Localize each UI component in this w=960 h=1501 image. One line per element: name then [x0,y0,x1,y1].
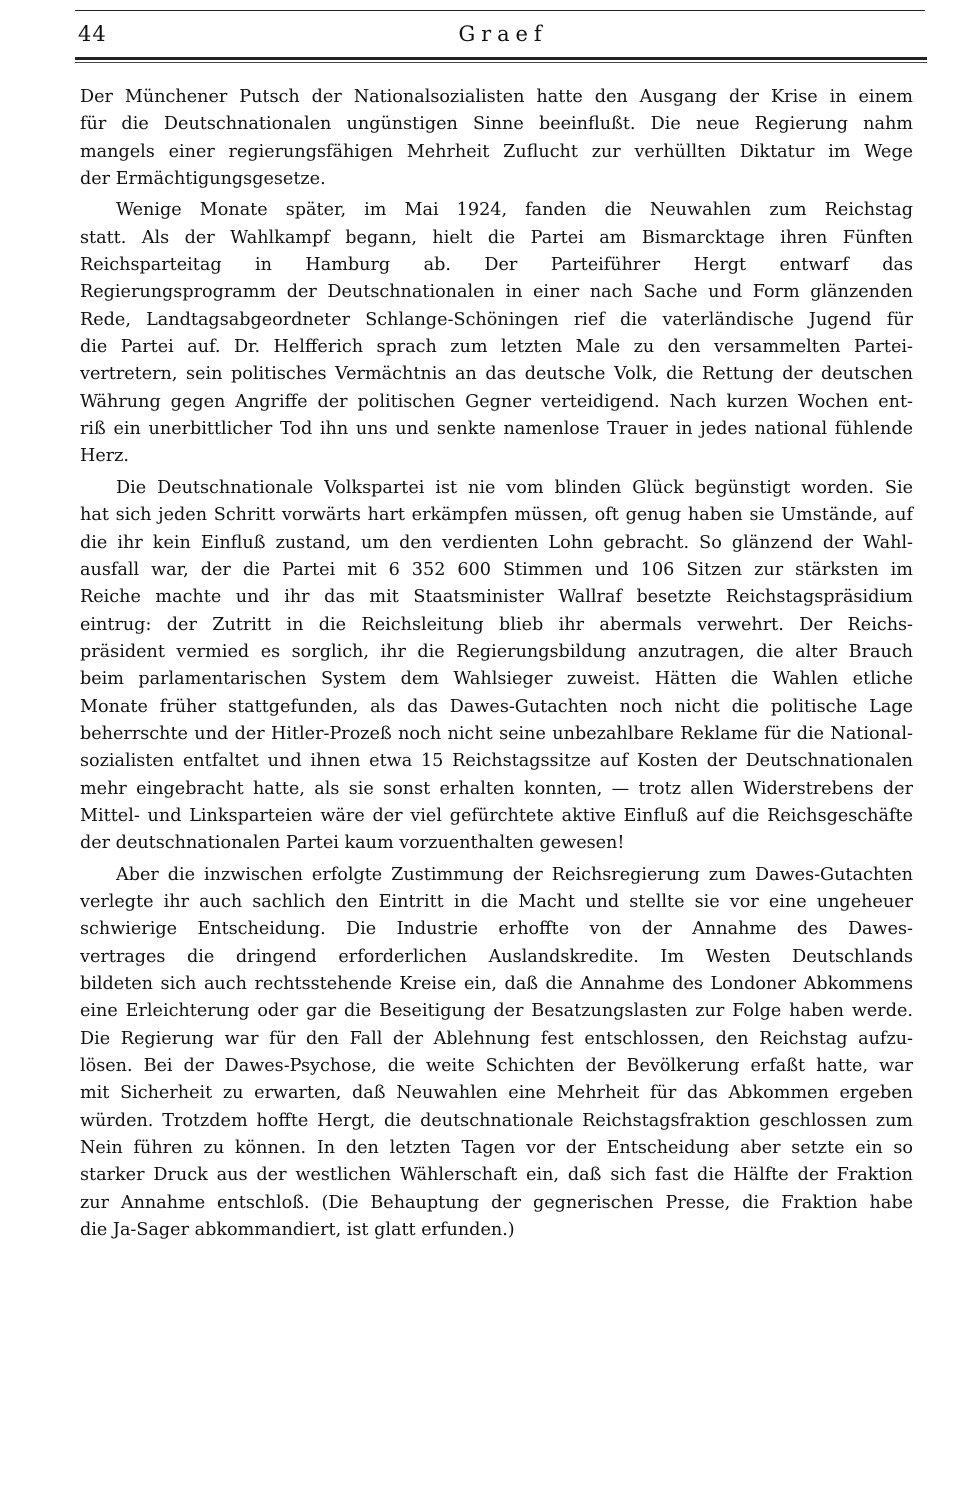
text-line: Reiche machte und ihr das mit Staatsmini… [80,584,913,611]
text-line: Währung gegen Angriffe der politischen G… [80,389,913,416]
paragraph-3: Die Deutschnationale Volkspartei ist nie… [80,475,913,858]
paragraph-2: Wenige Monate später, im Mai 1924, fande… [80,197,913,470]
running-head: 44 Graef [78,22,928,50]
text-line: Aber die inzwischen erfolgte Zustimmung … [80,862,913,889]
text-line: schwierige Entscheidung. Die Industrie e… [80,916,913,943]
text-line: Mittel- und Linksparteien wäre der viel … [80,803,913,830]
text-line: mangels einer regierungsfähigen Mehrheit… [80,139,913,166]
text-line: sozialisten entfaltet und ihnen etwa 15 … [80,748,913,775]
text-line: Regierungsprogramm der Deutschnationalen… [80,279,913,306]
text-line: riß ein unerbittlicher Tod ihn uns und s… [80,416,913,443]
text-line: hat sich jeden Schritt vorwärts hart erk… [80,502,913,529]
text-line: eintrug: der Zutritt in die Reichsleitun… [80,612,913,639]
text-line: verlegte ihr auch sachlich den Eintritt … [80,889,913,916]
text-line: statt. Als der Wahlkampf begann, hielt d… [80,225,913,252]
text-line: die Ja-Sager abkommandiert, ist glatt er… [80,1217,913,1244]
body-text: Der Münchener Putsch der Nationalsoziali… [80,84,913,1244]
text-line: der deutschnationalen Partei kaum vorzue… [80,830,913,857]
paragraph-4: Aber die inzwischen erfolgte Zustimmung … [80,862,913,1245]
text-line: Monate früher stattgefunden, als das Daw… [80,694,913,721]
text-line: mehr eingebracht hatte, als sie sonst er… [80,776,913,803]
text-line: starker Druck aus der westlichen Wählers… [80,1162,913,1189]
text-line: Reichsparteitag in Hamburg ab. Der Parte… [80,252,913,279]
header-top-rule [75,10,925,11]
text-line: ausfall war, der die Partei mit 6 352 60… [80,557,913,584]
text-line: vertretern, sein politisches Vermächtnis… [80,361,913,388]
text-line: bildeten sich auch rechtsstehende Kreise… [80,971,913,998]
text-line: die ihr kein Einfluß zustand, um den ver… [80,530,913,557]
text-line: lösen. Bei der Dawes-Psychose, die weite… [80,1053,913,1080]
text-line: für die Deutschnationalen ungünstigen Si… [80,111,913,138]
text-line: mit Sicherheit zu erwarten, daß Neuwahle… [80,1080,913,1107]
running-title: Graef [78,22,928,46]
text-line: Die Regierung war für den Fall der Ableh… [80,1026,913,1053]
paragraph-1: Der Münchener Putsch der Nationalsoziali… [80,84,913,193]
header-bottom-thin-rule [75,62,927,63]
text-line: Nein führen zu können. In den letzten Ta… [80,1135,913,1162]
text-line: Rede, Landtagsabgeordneter Schlange-Schö… [80,307,913,334]
text-line: zur Annahme entschloß. (Die Behauptung d… [80,1190,913,1217]
text-line: präsident vermied es sorglich, ihr die R… [80,639,913,666]
book-page: 44 Graef Der Münchener Putsch der Nation… [0,0,960,1501]
text-line: der Ermächtigungsgesetze. [80,166,913,193]
text-line: beherrschte und der Hitler-Prozeß noch n… [80,721,913,748]
text-line: würden. Trotzdem hoffte Hergt, die deuts… [80,1108,913,1135]
text-line: Herz. [80,443,913,470]
text-line: eine Erleichterung oder gar die Beseitig… [80,998,913,1025]
text-line: die Partei auf. Dr. Helfferich sprach zu… [80,334,913,361]
text-line: beim parlamentarischen System dem Wahlsi… [80,666,913,693]
text-line: Der Münchener Putsch der Nationalsoziali… [80,84,913,111]
text-line: Wenige Monate später, im Mai 1924, fande… [80,197,913,224]
text-line: Die Deutschnationale Volkspartei ist nie… [80,475,913,502]
text-line: vertrages die dringend erforderlichen Au… [80,944,913,971]
header-bottom-rule [75,57,927,60]
